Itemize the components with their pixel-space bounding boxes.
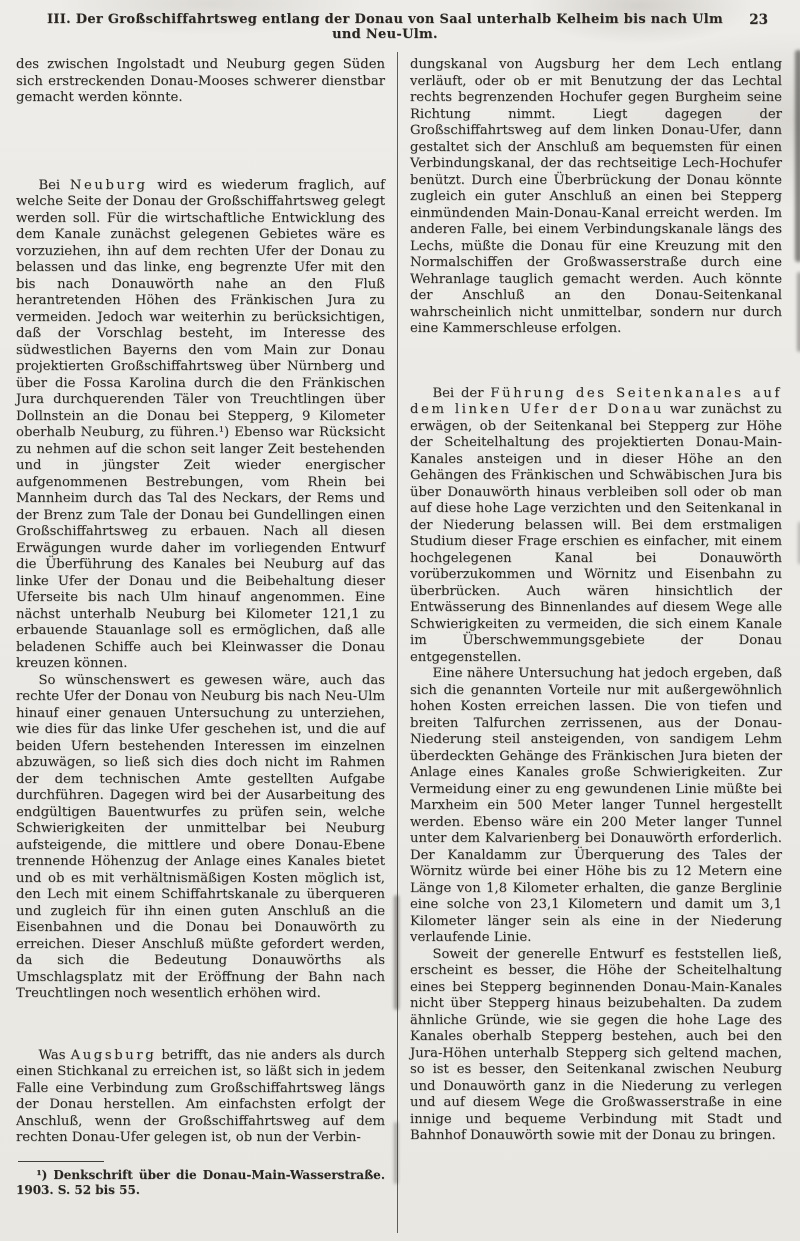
- scanned-book-page: III. Der Großschiffahrtsweg entlang der …: [0, 0, 800, 1241]
- scan-artifact-divider-smudge: [394, 1122, 398, 1184]
- paragraph-neuburg: Bei Neuburg wird es wiederum fraglich, a…: [16, 178, 385, 673]
- paragraph-genereller-entwurf: Soweit der generelle Entwurf es feststel…: [410, 947, 782, 1145]
- paragraph-untersuchung-kosten: Eine nähere Untersuchung hat jedoch erge…: [410, 666, 782, 947]
- paragraph-segment: war zunächst zu erwägen, ob der Seitenka…: [410, 402, 782, 665]
- footnote-text: ¹) Denkschrift über die Donau-Main-Wasse…: [16, 1168, 385, 1198]
- paragraph-continuation: des zwischen Ingolstadt und Neuburg gege…: [16, 57, 385, 107]
- page-number: 23: [749, 12, 768, 28]
- paragraph-untersuchung: So wünschenswert es gewesen wäre, auch d…: [16, 673, 385, 1003]
- emphasized-word-augsburg: Augsburg: [71, 1048, 157, 1063]
- paragraph-augsburg: Was Augsburg betrifft, das nie anders al…: [16, 1048, 385, 1147]
- paragraph-continuation: dungskanal von Augsburg her dem Lech ent…: [410, 57, 782, 338]
- paragraph-segment: Bei: [38, 178, 69, 193]
- paragraph-seitenkanal: Bei der Führung des Seitenkanales auf de…: [410, 386, 782, 667]
- left-column: des zwischen Ingolstadt und Neuburg gege…: [16, 57, 385, 1198]
- paragraph-segment: wird es wiederum fraglich, auf welche Se…: [16, 178, 385, 672]
- paragraph-segment: Was: [38, 1048, 70, 1063]
- paragraph-segment: Bei der: [432, 386, 490, 401]
- emphasized-word-neuburg: Neuburg: [70, 178, 148, 193]
- column-divider-rule: [397, 52, 398, 1233]
- footnote-separator-rule: [18, 1161, 104, 1162]
- scan-artifact-divider-smudge: [394, 895, 399, 1010]
- running-header-title: III. Der Großschiffahrtsweg entlang der …: [40, 12, 730, 42]
- right-column: dungskanal von Augsburg her dem Lech ent…: [410, 57, 782, 1145]
- scan-artifact-right-edge: [795, 50, 800, 262]
